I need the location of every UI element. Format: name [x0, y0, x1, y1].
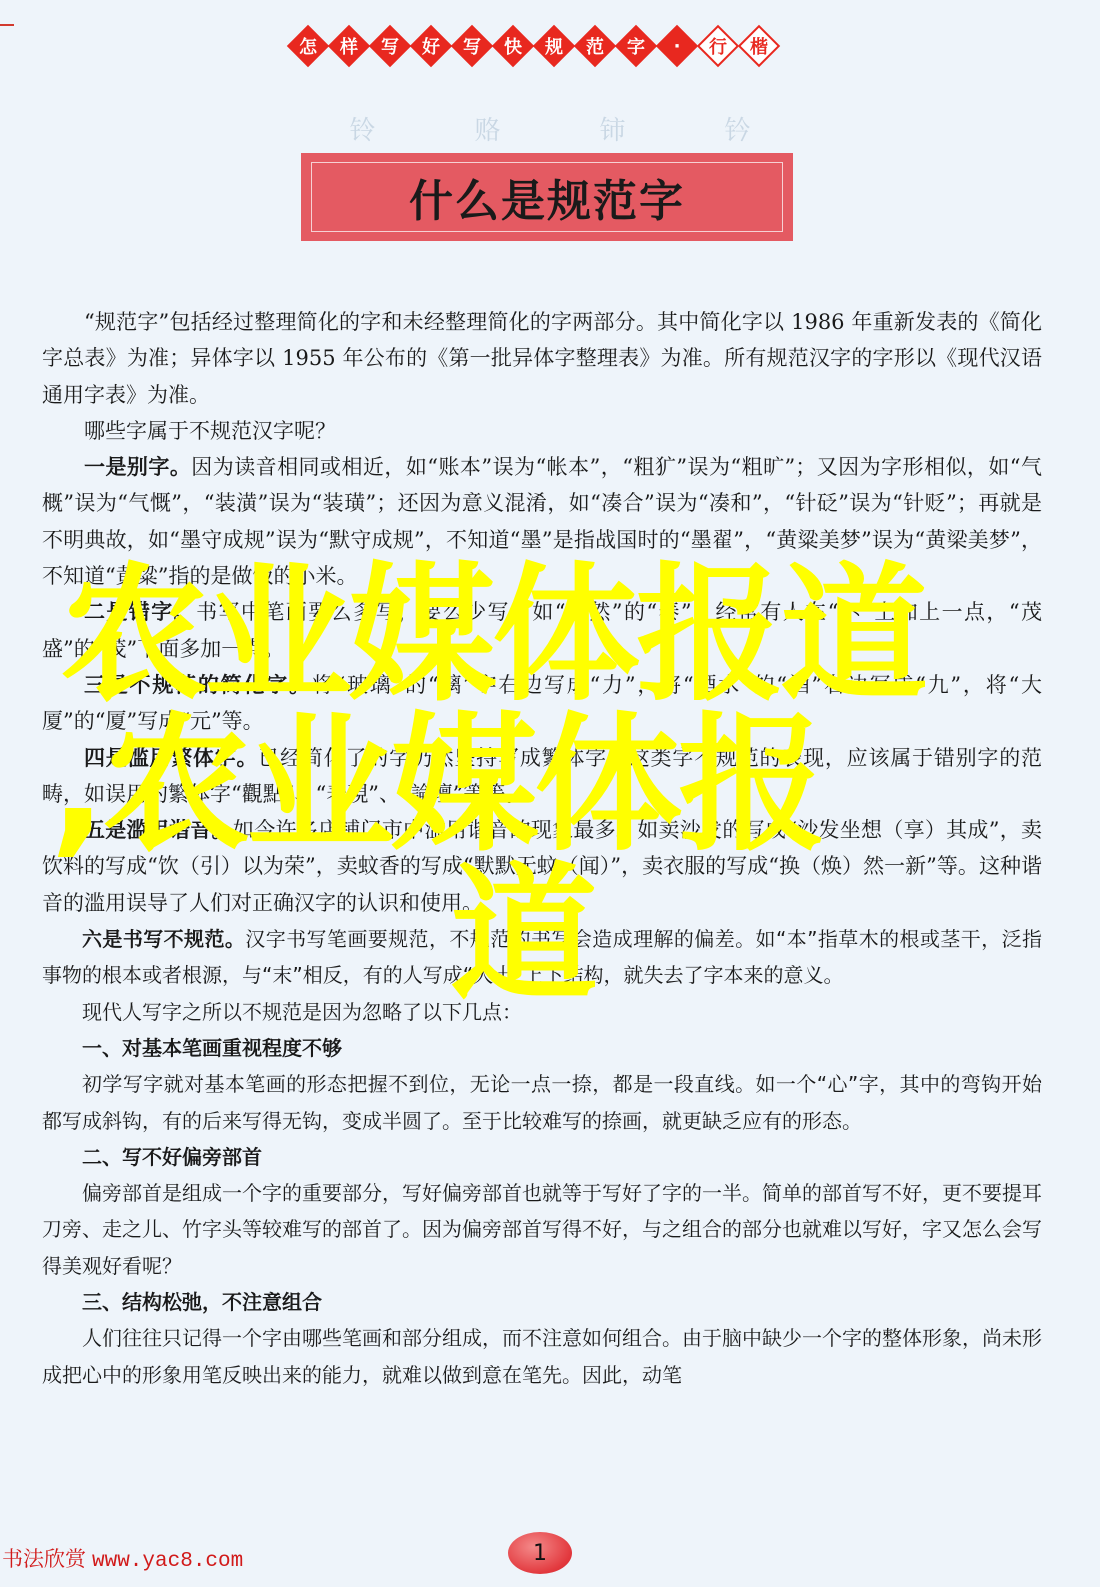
banner-char: · — [674, 36, 681, 57]
page-number-badge: 1 — [508, 1532, 572, 1574]
banner-char: 怎 — [299, 33, 317, 59]
banner-diamond: 楷 — [737, 24, 781, 68]
section-heading-1: 一、对基本笔画重视程度不够 — [42, 1030, 1042, 1066]
banner-diamond: 好 — [409, 24, 453, 68]
paragraph-type-2: 二是错字。书写中笔画要么多写，要么少写，如“泰然”的“泰”，经常有人在“氺”上加… — [42, 594, 1042, 667]
paragraph-radicals: 偏旁部首是组成一个字的重要部分，写好偏旁部首也就等于写好了字的一半。简单的部首写… — [42, 1175, 1042, 1284]
banner-char: 楷 — [750, 33, 768, 59]
paragraph-lead: 一是别字。 — [84, 455, 191, 479]
banner-char: 好 — [422, 33, 440, 59]
banner-diamond: 行 — [696, 24, 740, 68]
section-heading-2: 二、写不好偏旁部首 — [42, 1139, 1042, 1175]
banner-diamond: 怎 — [286, 24, 330, 68]
paragraph-type-1: 一是别字。因为读音相同或相近，如“账本”误为“帐本”，“粗犷”误为“粗旷”；又因… — [42, 449, 1042, 594]
ghost-char: 铈 — [599, 110, 625, 150]
paragraph-lead: 四是滥用繁体字。 — [84, 746, 258, 770]
banner-diamond: · — [655, 24, 699, 68]
banner-char: 写 — [381, 33, 399, 59]
banner-diamond: 规 — [532, 24, 576, 68]
banner-char: 快 — [504, 33, 522, 59]
page-number: 1 — [533, 1541, 547, 1566]
paragraph-type-4: 四是滥用繁体字。已经简化了的字仍然坚持写成繁体字，这类字不规范的表现，应该属于错… — [42, 740, 1042, 813]
paragraph-lead: 三是不规范的简化字。 — [84, 673, 312, 697]
banner-diamond: 样 — [327, 24, 371, 68]
site-url-link[interactable]: www.yac8.com — [92, 1550, 243, 1573]
paragraph-definition: “规范字”包括经过整理简化的字和未经整理简化的字两部分。其中简化字以 1986 … — [42, 304, 1042, 413]
banner-char: 字 — [627, 33, 645, 59]
paragraph-lead: 六是书写不规范。 — [82, 927, 245, 951]
banner-diamond: 范 — [573, 24, 617, 68]
series-banner: 怎样写好写快规范字·行楷 — [286, 20, 778, 72]
paragraph-lead: 五是滥用谐音。 — [84, 818, 233, 842]
title-box: 什么是规范字 — [301, 153, 793, 241]
paragraph-type-6: 六是书写不规范。汉字书写笔画要规范，不规范的书写会造成理解的偏差。如“本”指草木… — [42, 921, 1042, 994]
banner-char: 写 — [463, 33, 481, 59]
banner-diamond: 写 — [450, 24, 494, 68]
paragraph-intro-reasons: 现代人写字之所以不规范是因为忽略了以下几点： — [42, 994, 1042, 1030]
section-heading-3: 三、结构松弛，不注意组合 — [42, 1284, 1042, 1320]
banner-diamond: 写 — [368, 24, 412, 68]
crop-mark — [0, 24, 14, 26]
paragraph-strokes: 初学写字就对基本笔画的形态把握不到位，无论一点一捺，都是一段直线。如一个“心”字… — [42, 1066, 1042, 1139]
faded-background-characters: 铃 赂 铈 钤 — [300, 110, 800, 150]
ghost-char: 赂 — [474, 110, 500, 150]
title-frame: 什么是规范字 — [311, 162, 783, 232]
page-title: 什么是规范字 — [409, 165, 685, 229]
paragraph-structure: 人们往往只记得一个字由哪些笔画和部分组成，而不注意如何组合。由于脑中缺少一个字的… — [42, 1320, 1042, 1393]
paragraph-type-5: 五是滥用谐音。如今许多店铺门市中滥用谐音的现象最多。如卖沙发的写成“沙发坐想（享… — [42, 812, 1042, 921]
ghost-char: 铃 — [349, 110, 375, 150]
site-name: 书法欣赏 — [2, 1547, 86, 1571]
paragraph-type-3: 三是不规范的简化字。将“玻璃”的“璃”字右边写成“力”，将“酒水”的“酒”右边写… — [42, 667, 1042, 740]
article-body: “规范字”包括经过整理简化的字和未经整理简化的字两部分。其中简化字以 1986 … — [42, 304, 1042, 1393]
paragraph-question: 哪些字属于不规范汉字呢？ — [42, 413, 1042, 449]
paragraph-text: 因为读音相同或相近，如“账本”误为“帐本”，“粗犷”误为“粗旷”；又因为字形相似… — [42, 455, 1042, 588]
ghost-char: 钤 — [724, 110, 750, 150]
banner-char: 范 — [586, 33, 604, 59]
paragraph-lead: 二是错字。 — [84, 600, 196, 624]
banner-char: 样 — [340, 33, 358, 59]
banner-diamond: 快 — [491, 24, 535, 68]
banner-char: 行 — [709, 33, 727, 59]
site-credit[interactable]: 书法欣赏www.yac8.com — [2, 1543, 243, 1573]
banner-diamond: 字 — [614, 24, 658, 68]
banner-char: 规 — [545, 33, 563, 59]
